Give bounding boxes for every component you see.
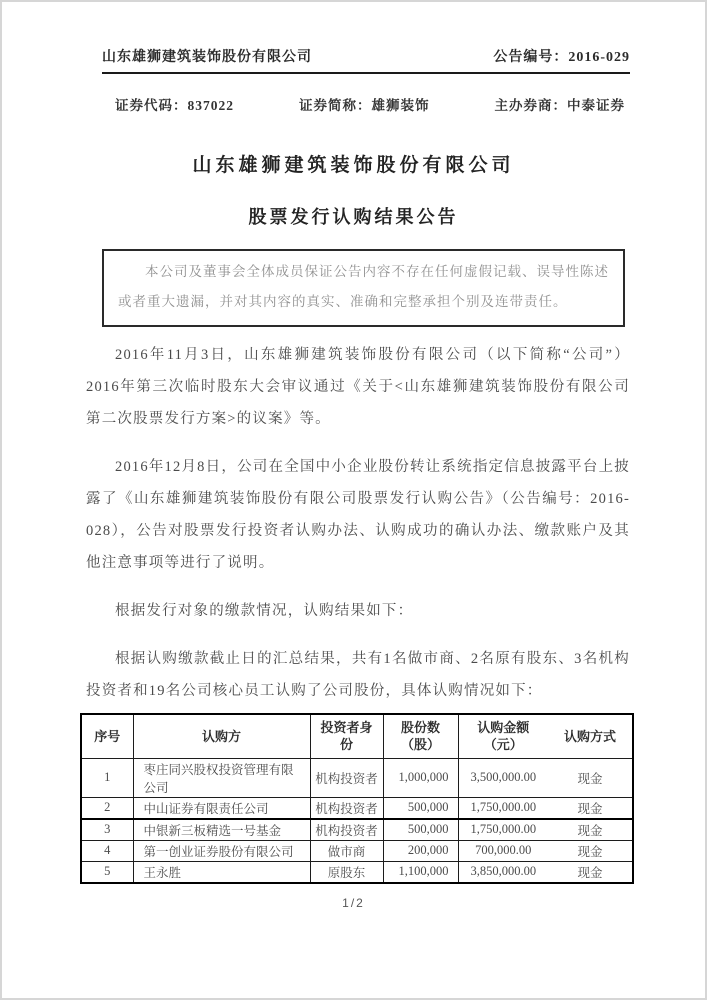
header-cell-amount: 认购金额（元） [458, 714, 548, 758]
cell-subscriber: 枣庄同兴股权投资管理有限公司 [133, 758, 310, 797]
header-company-name: 山东雄狮建筑装饰股份有限公司 [102, 46, 312, 66]
header-cell-shares: 股份数（股） [383, 714, 458, 758]
cell-index: 2 [81, 797, 133, 819]
cell-amount: 1,750,000.00 [458, 819, 548, 841]
cell-subscriber: 第一创业证券股份有限公司 [133, 840, 310, 861]
page-number: 1/2 [2, 896, 705, 910]
table-row: 2 中山证券有限责任公司 机构投资者 500,000 1,750,000.00 … [81, 797, 633, 819]
title-subject-line: 股票发行认购结果公告 [2, 203, 705, 229]
cell-shares: 500,000 [383, 797, 458, 819]
disclaimer-text: 本公司及董事会全体成员保证公告内容不存在任何虚假记载、误导性陈述或者重大遗漏，并… [118, 257, 609, 317]
sponsor-label: 主办券商：中泰证券 [495, 94, 626, 114]
cell-amount: 700,000.00 [458, 840, 548, 861]
table-header-row: 序号 认购方 投资者身份 股份数（股） 认购金额（元） 认购方式 [81, 714, 633, 758]
cell-subscriber: 中银新三板精选一号基金 [133, 819, 310, 841]
doc-header: 山东雄狮建筑装饰股份有限公司 公告编号：2016-029 [102, 46, 630, 74]
cell-identity: 机构投资者 [310, 797, 383, 819]
cell-subscriber: 中山证券有限责任公司 [133, 797, 310, 819]
header-rule-row: 山东雄狮建筑装饰股份有限公司 公告编号：2016-029 [102, 46, 630, 74]
cell-shares: 500,000 [383, 819, 458, 841]
cell-identity: 机构投资者 [310, 758, 383, 797]
disclaimer-box: 本公司及董事会全体成员保证公告内容不存在任何虚假记载、误导性陈述或者重大遗漏，并… [102, 249, 625, 327]
cell-method: 现金 [548, 797, 633, 819]
paragraph-subscription-summary: 根据认购缴款截止日的汇总结果，共有1名做市商、2名原有股东、3名机构投资者和19… [86, 643, 630, 707]
cell-method: 现金 [548, 758, 633, 797]
paragraph-disclosure: 2016年12月8日，公司在全国中小企业股份转让系统指定信息披露平台上披露了《山… [86, 451, 630, 579]
cell-identity: 原股东 [310, 861, 383, 883]
cell-method: 现金 [548, 861, 633, 883]
announcement-page: 山东雄狮建筑装饰股份有限公司 公告编号：2016-029 证券代码：837022… [0, 0, 707, 1000]
cell-shares: 1,100,000 [383, 861, 458, 883]
cell-identity: 做市商 [310, 840, 383, 861]
cell-identity: 机构投资者 [310, 819, 383, 841]
header-cell-identity: 投资者身份 [310, 714, 383, 758]
table-row: 1 枣庄同兴股权投资管理有限公司 机构投资者 1,000,000 3,500,0… [81, 758, 633, 797]
cell-subscriber: 王永胜 [133, 861, 310, 883]
cell-shares: 200,000 [383, 840, 458, 861]
table-row: 5 王永胜 原股东 1,100,000 3,850,000.00 现金 [81, 861, 633, 883]
paragraph-resolution: 2016年11月3日，山东雄狮建筑装饰股份有限公司（以下简称“公司”）2016年… [86, 339, 630, 435]
cell-index: 3 [81, 819, 133, 841]
cell-amount: 3,850,000.00 [458, 861, 548, 883]
cell-amount: 3,500,000.00 [458, 758, 548, 797]
cell-index: 4 [81, 840, 133, 861]
securities-info-row: 证券代码：837022 证券简称：雄狮装饰 主办券商：中泰证券 [115, 94, 625, 114]
title-company-line: 山东雄狮建筑装饰股份有限公司 [2, 150, 705, 177]
paragraph-payment-intro: 根据发行对象的缴款情况，认购结果如下： [86, 595, 630, 627]
cell-method: 现金 [548, 840, 633, 861]
stock-code-label: 证券代码：837022 [115, 94, 234, 114]
table-row: 4 第一创业证券股份有限公司 做市商 200,000 700,000.00 现金 [81, 840, 633, 861]
table-header: 序号 认购方 投资者身份 股份数（股） 认购金额（元） 认购方式 [81, 714, 633, 758]
header-cell-method: 认购方式 [548, 714, 633, 758]
table-row: 3 中银新三板精选一号基金 机构投资者 500,000 1,750,000.00… [81, 819, 633, 841]
stock-short-name-label: 证券简称：雄狮装饰 [299, 94, 430, 114]
subscription-result-table: 序号 认购方 投资者身份 股份数（股） 认购金额（元） 认购方式 1 枣庄同兴股… [80, 713, 634, 884]
cell-method: 现金 [548, 819, 633, 841]
cell-amount: 1,750,000.00 [458, 797, 548, 819]
body-text: 2016年11月3日，山东雄狮建筑装饰股份有限公司（以下简称“公司”）2016年… [86, 339, 630, 707]
cell-index: 5 [81, 861, 133, 883]
header-cell-subscriber: 认购方 [133, 714, 310, 758]
header-notice-number: 公告编号：2016-029 [493, 46, 630, 66]
cell-index: 1 [81, 758, 133, 797]
header-cell-index: 序号 [81, 714, 133, 758]
cell-shares: 1,000,000 [383, 758, 458, 797]
